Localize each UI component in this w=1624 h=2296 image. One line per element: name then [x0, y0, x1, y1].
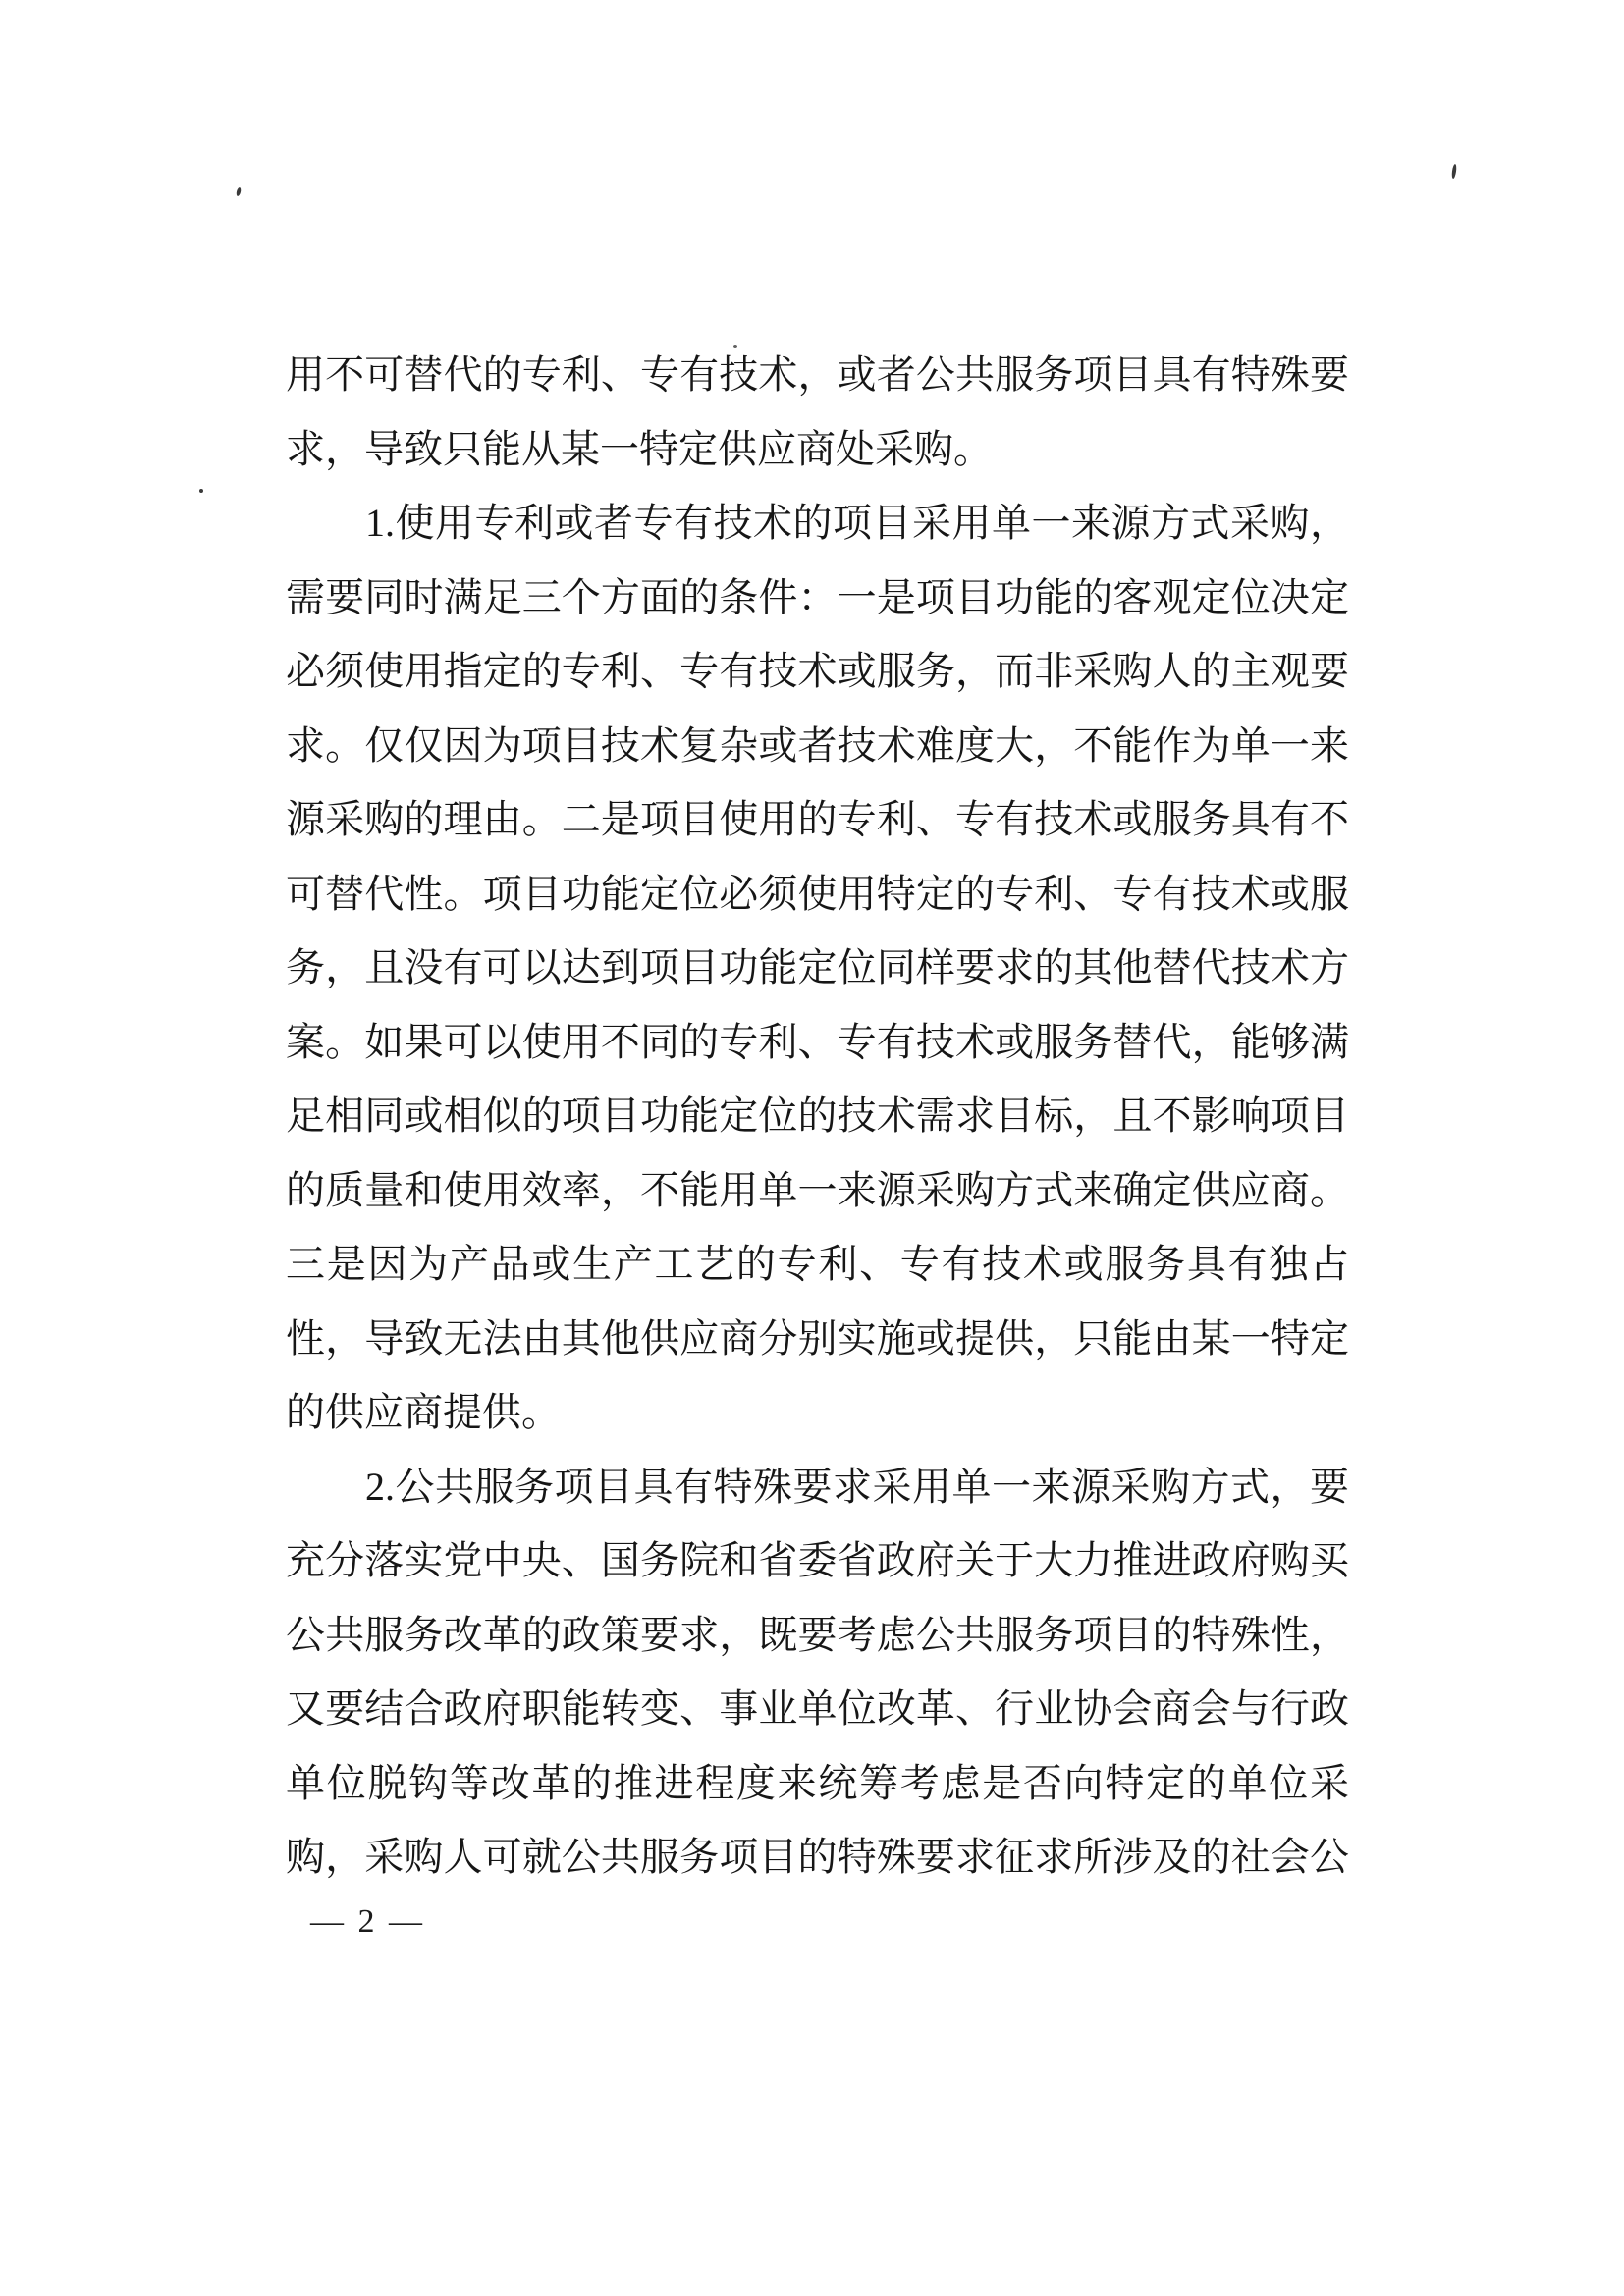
text-line: 的质量和使用效率，不能用单一来源采购方式来确定供应商。 [286, 1153, 1349, 1228]
text-line: 用不可替代的专利、专有技术，或者公共服务项目具有特殊要 [286, 338, 1349, 412]
scan-artifact [236, 187, 242, 197]
text-line: 公共服务改革的政策要求，既要考虑公共服务项目的特殊性， [286, 1598, 1349, 1673]
document-page: 用不可替代的专利、专有技术，或者公共服务项目具有特殊要 求，导致只能从某一特定供… [0, 0, 1624, 2296]
text-line: 源采购的理由。二是项目使用的专利、专有技术或服务具有不 [286, 782, 1349, 857]
text-line: 2.公共服务项目具有特殊要求采用单一来源采购方式，要 [286, 1450, 1349, 1524]
body-text: 用不可替代的专利、专有技术，或者公共服务项目具有特殊要 求，导致只能从某一特定供… [286, 338, 1349, 1895]
text-line: 可替代性。项目功能定位必须使用特定的专利、专有技术或服 [286, 857, 1349, 932]
text-line: 又要结合政府职能转变、事业单位改革、行业协会商会与行政 [286, 1672, 1349, 1746]
page-number: — 2 — [310, 1902, 425, 1942]
text-line: 1.使用专利或者专有技术的项目采用单一来源方式采购， [286, 486, 1349, 561]
text-line: 案。如果可以使用不同的专利、专有技术或服务替代，能够满 [286, 1005, 1349, 1080]
text-line: 求，导致只能从某一特定供应商处采购。 [286, 412, 1349, 487]
text-line: 性，导致无法由其他供应商分别实施或提供，只能由某一特定 [286, 1302, 1349, 1376]
scan-artifact [199, 489, 203, 493]
scan-artifact [1451, 164, 1457, 179]
text-line: 必须使用指定的专利、专有技术或服务，而非采购人的主观要 [286, 634, 1349, 709]
text-line: 购，采购人可就公共服务项目的特殊要求征求所涉及的社会公 [286, 1820, 1349, 1895]
text-line: 务，且没有可以达到项目功能定位同样要求的其他替代技术方 [286, 931, 1349, 1005]
text-line: 求。仅仅因为项目技术复杂或者技术难度大，不能作为单一来 [286, 709, 1349, 783]
text-line: 的供应商提供。 [286, 1375, 1349, 1450]
text-line: 需要同时满足三个方面的条件：一是项目功能的客观定位决定 [286, 561, 1349, 635]
text-line: 足相同或相似的项目功能定位的技术需求目标，且不影响项目 [286, 1079, 1349, 1153]
text-line: 单位脱钩等改革的推进程度来统筹考虑是否向特定的单位采 [286, 1746, 1349, 1821]
text-line: 三是因为产品或生产工艺的专利、专有技术或服务具有独占 [286, 1227, 1349, 1302]
text-line: 充分落实党中央、国务院和省委省政府关于大力推进政府购买 [286, 1523, 1349, 1598]
